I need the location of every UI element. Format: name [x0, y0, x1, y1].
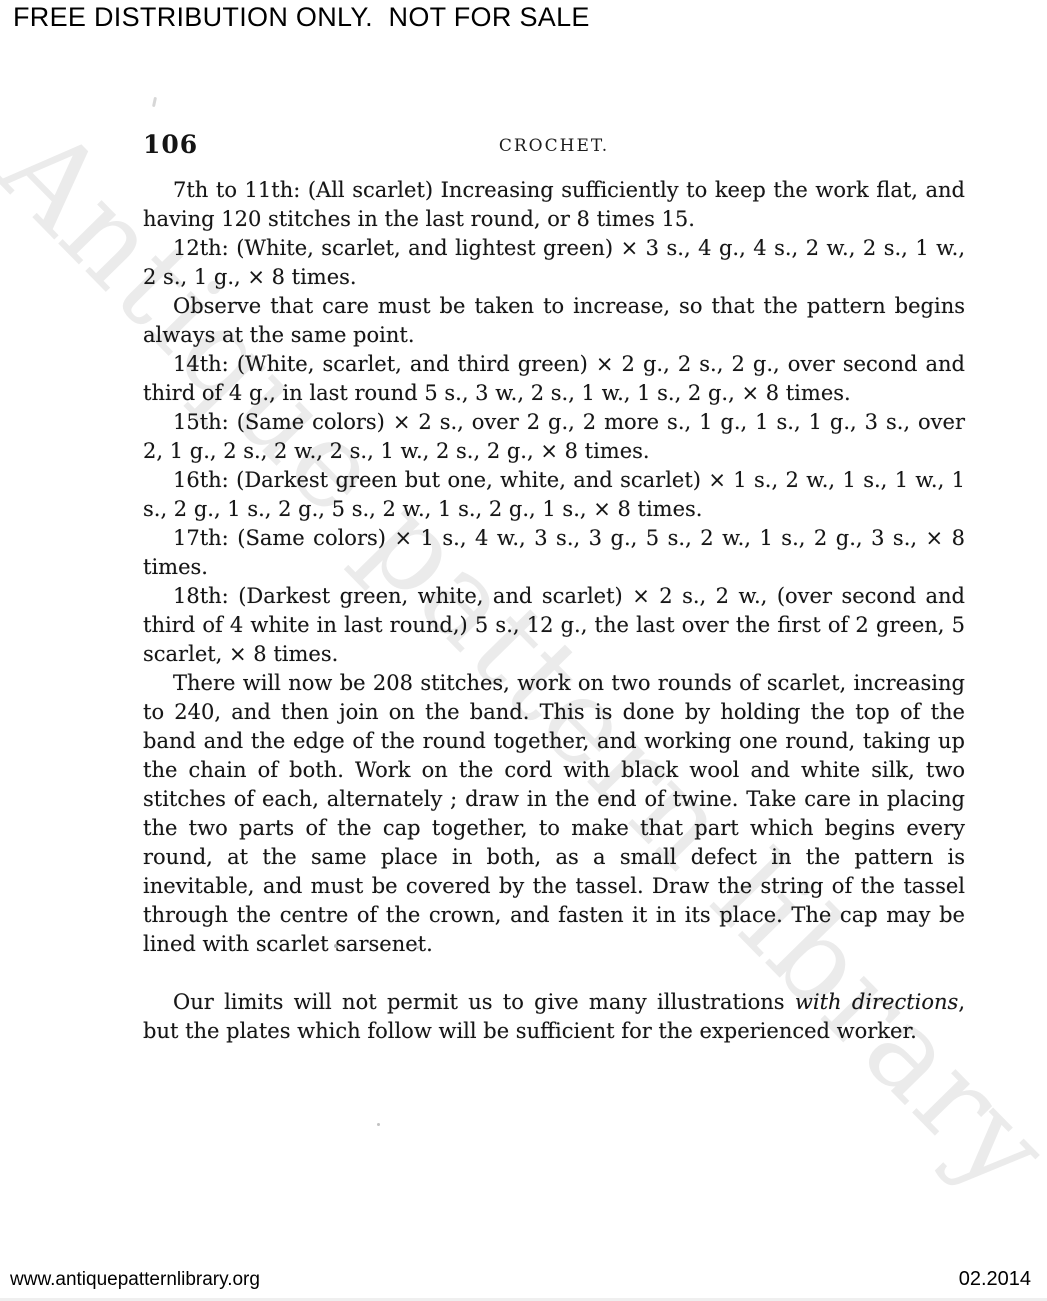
scan-speck: [416, 946, 419, 949]
paragraph-15th: 15th: (Same colors) × 2 s., over 2 g., 2…: [143, 408, 965, 466]
running-title: CROCHET.: [143, 136, 965, 156]
page-header: 106 CROCHET.: [143, 130, 965, 176]
footer-date: 02.2014: [959, 1268, 1031, 1291]
closing-italic-text: with directions: [795, 990, 958, 1014]
paragraph-7th-to-11th: 7th to 11th: (All scarlet) Increasing su…: [143, 176, 965, 234]
paragraph-16th: 16th: (Darkest green but one, white, and…: [143, 466, 965, 524]
paragraph-finishing: There will now be 208 stitches, work on …: [143, 669, 965, 959]
body-text: 7th to 11th: (All scarlet) Increasing su…: [143, 176, 965, 1046]
scan-speck: [152, 97, 157, 107]
paragraph-17th: 17th: (Same colors) × 1 s., 4 w., 3 s., …: [143, 524, 965, 582]
scanned-book-page: 106 CROCHET. 7th to 11th: (All scarlet) …: [143, 130, 965, 1046]
paragraph-18th: 18th: (Darkest green, white, and scarlet…: [143, 582, 965, 669]
closing-text-before: Our limits will not permit us to give ma…: [173, 990, 795, 1014]
scan-speck: [334, 944, 338, 948]
paragraph-12th: 12th: (White, scarlet, and lightest gree…: [143, 234, 965, 292]
free-distribution-banner: FREE DISTRIBUTION ONLY. NOT FOR SALE: [13, 2, 590, 33]
footer-site-url: www.antiquepatternlibrary.org: [10, 1269, 260, 1291]
scan-speck: [377, 1123, 380, 1126]
paragraph-14th: 14th: (White, scarlet, and third green) …: [143, 350, 965, 408]
paragraph-observe: Observe that care must be taken to incre…: [143, 292, 965, 350]
closing-paragraph: Our limits will not permit us to give ma…: [143, 988, 965, 1046]
